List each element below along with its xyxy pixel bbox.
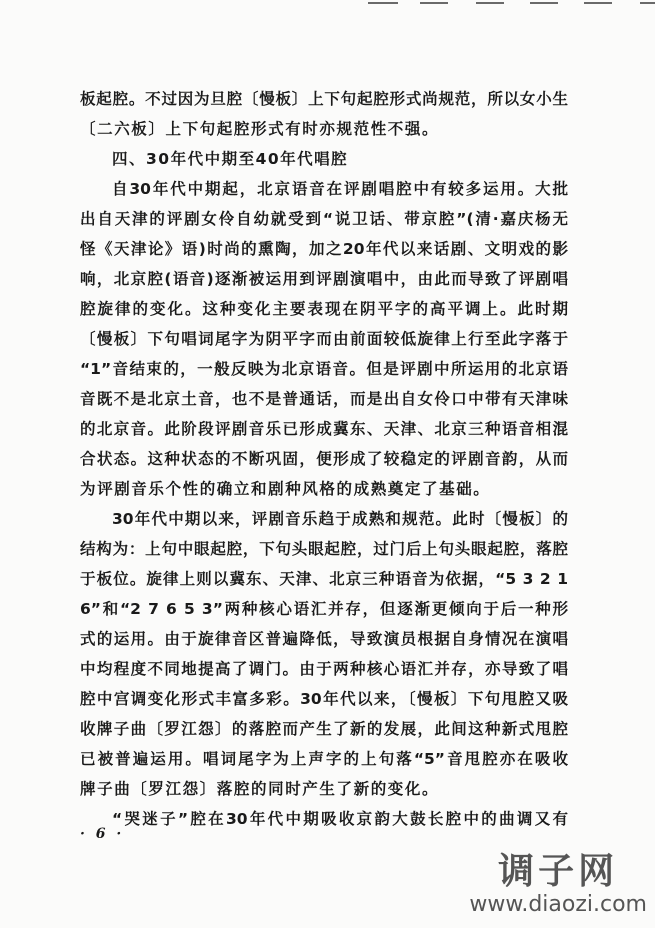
text-line: 响，北京腔(语音)逐渐被运用到评剧演唱中，由此而导致了评剧唱 (80, 268, 568, 290)
text-line: 已被普遍运用。唱词尾字为上声字的上句落“5”音甩腔亦在吸收 (80, 748, 568, 770)
section-heading: 四、30年代中期至40年代唱腔 (112, 148, 348, 170)
top-rule (368, 2, 398, 4)
text-line: 板起腔。不过因为旦腔〔慢板〕上下句起腔形式尚规范，所以女小生 (80, 88, 568, 110)
text-line: 怪《天津论》语)时尚的熏陶，加之20年代以来话剧、文明戏的影 (80, 238, 568, 260)
text-line: 式的运用。由于旋律音区普遍降低，导致演员根据自身情况在演唱 (80, 628, 568, 650)
top-rule (530, 2, 558, 4)
text-line: 为评剧音乐个性的确立和剧种风格的成熟奠定了基础。 (80, 478, 490, 500)
top-rule (420, 2, 448, 4)
text-line: 音既不是北京土音，也不是普通话，而是出自女伶口中带有天津味 (80, 388, 568, 410)
top-rule (584, 2, 612, 4)
text-line: “哭迷子”腔在30年代中期吸收京韵大鼓长腔中的曲调又有 (112, 808, 568, 830)
watermark: 调子网 www.diaozi.com (469, 852, 647, 918)
text-line: 腔中宫调变化形式丰富多彩。30年代以来，〔慢板〕下句甩腔又吸 (80, 688, 568, 710)
top-edge-rules (0, 0, 655, 8)
text-line: 牌子曲〔罗江怨〕落腔的同时产生了新的变化。 (80, 778, 439, 800)
text-line: 的北京音。此阶段评剧音乐已形成冀东、天津、北京三种语音相混 (80, 418, 568, 440)
top-rule (476, 2, 504, 4)
text-line: 收牌子曲〔罗江怨〕的落腔而产生了新的发展，此间这种新式甩腔 (80, 718, 568, 740)
text-line: 自30年代中期起，北京语音在评剧唱腔中有较多运用。大批 (112, 178, 568, 200)
top-rule (640, 2, 655, 4)
text-line: “1”音结束的，一般反映为北京语音。但是评剧中所运用的北京语 (80, 358, 568, 380)
text-line: 结构为：上句中眼起腔，下句头眼起腔，过门后上句头眼起腔，落腔 (80, 538, 568, 560)
watermark-url: www.diaozi.com (469, 892, 647, 918)
text-line: 〔慢板〕下句唱词尾字为阴平字而由前面较低旋律上行至此字落于 (80, 328, 568, 350)
text-line: 合状态。这种状态的不断巩固，便形成了较稳定的评剧音韵，从而 (80, 448, 568, 470)
page-number: · 6 · (80, 826, 124, 842)
text-line: 中均程度不同地提高了调门。由于两种核心语汇并存，亦导致了唱 (80, 658, 568, 680)
text-line: 30年代中期以来，评剧音乐趋于成熟和规范。此时〔慢板〕的 (112, 508, 568, 530)
text-line: 腔旋律的变化。这种变化主要表现在阴平字的高平调上。此时期 (80, 298, 568, 320)
text-line: 6”和“2 7 6 5 3”两种核心语汇并存，但逐渐更倾向于后一种形 (80, 598, 568, 620)
watermark-site-name: 调子网 (469, 852, 647, 892)
text-line: 出自天津的评剧女伶自幼就受到“说卫话、带京腔”(清·嘉庆杨无 (80, 208, 568, 230)
text-line: 于板位。旋律上则以冀东、天津、北京三种语音为依据，“5 3 2 1 (80, 568, 568, 590)
text-line: 〔二六板〕上下句起腔形式有时亦规范性不强。 (80, 118, 439, 140)
